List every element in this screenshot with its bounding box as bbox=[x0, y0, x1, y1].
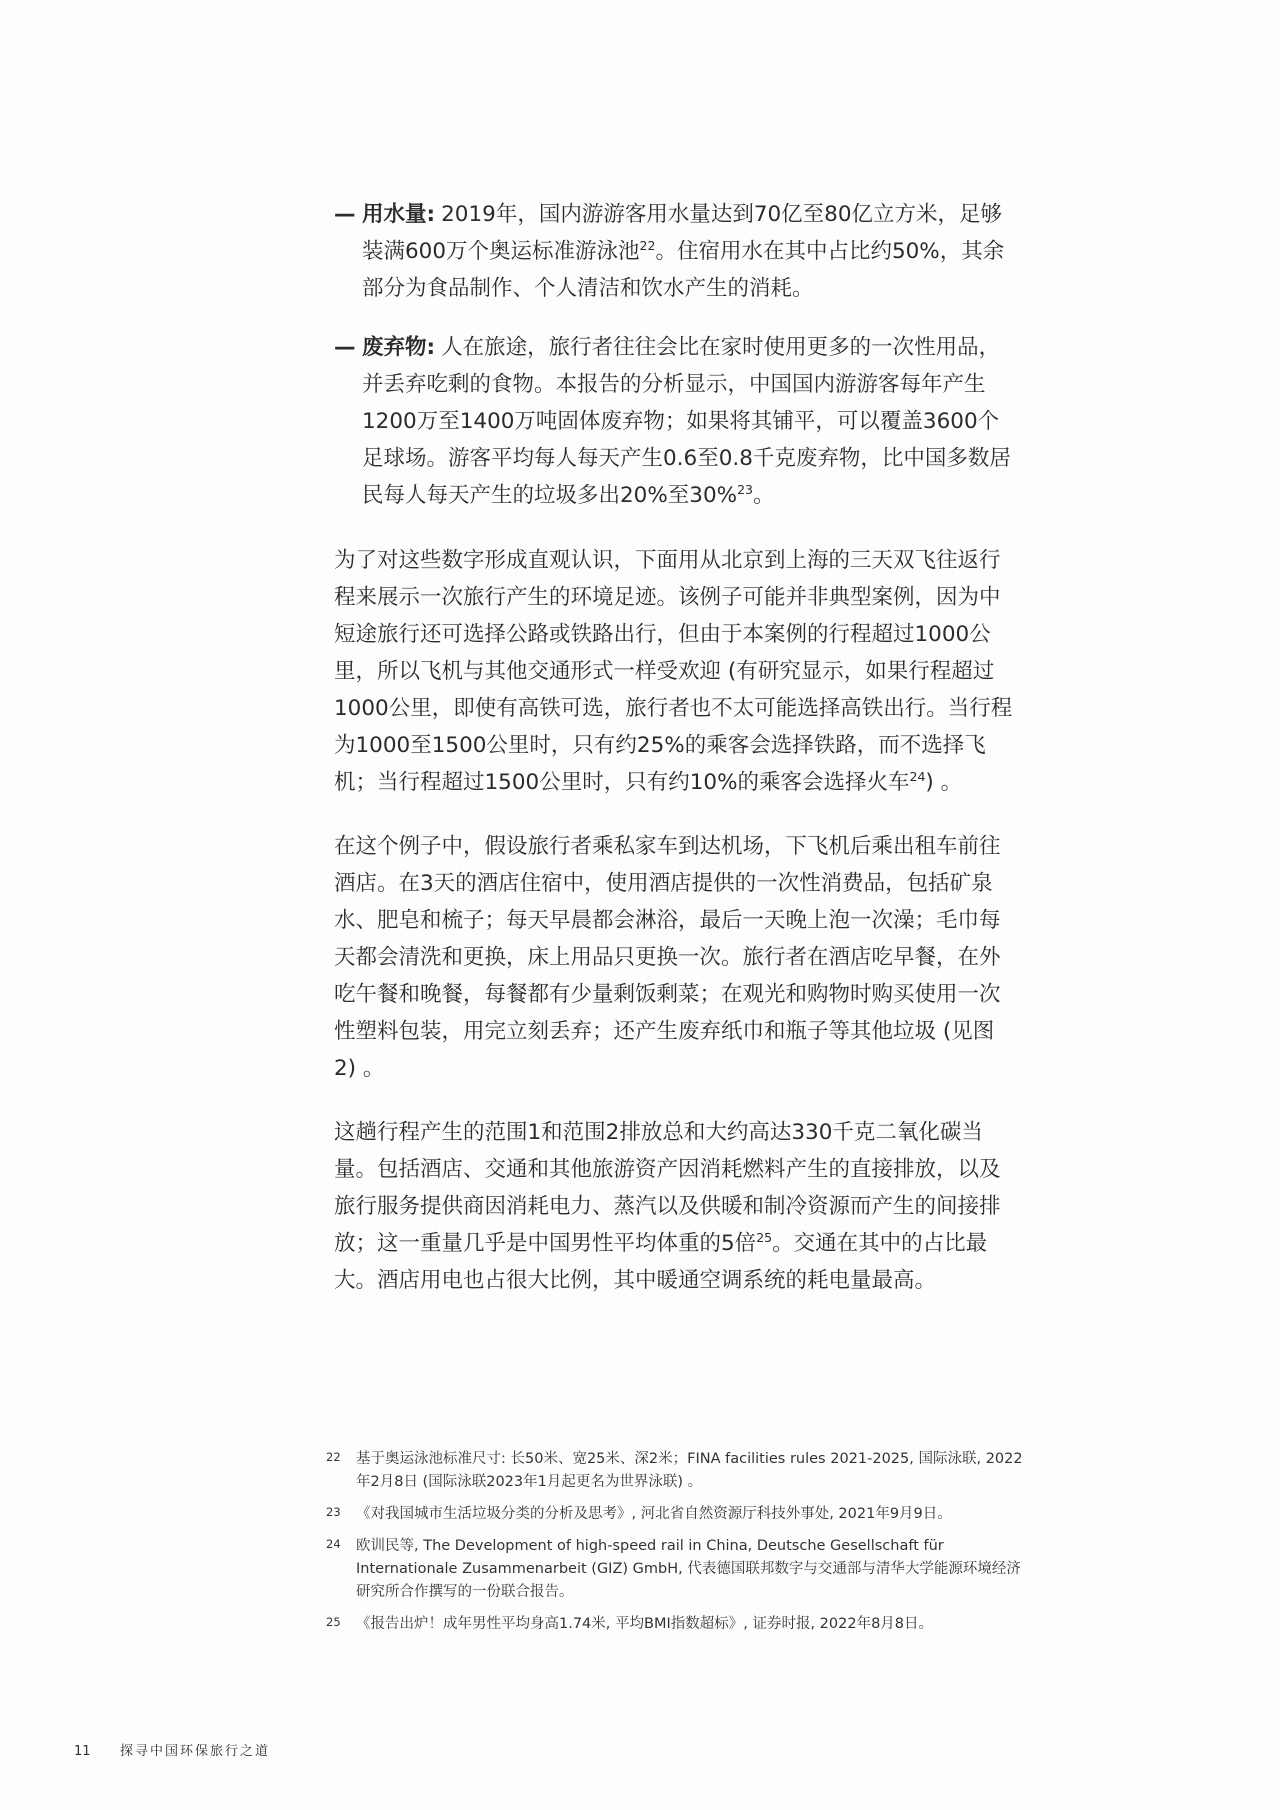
footnote: 25《报告出炉！成年男性平均身高1.74米, 平均BMI指数超标》, 证券时报,… bbox=[326, 1613, 1026, 1636]
footnote-ref: 25 bbox=[756, 1230, 772, 1245]
footnote-list: 22基于奥运泳池标准尺寸: 长50米、宽25米、深2米；FINA facilit… bbox=[326, 1448, 1026, 1645]
footer-doc-title: 探寻中国环保旅行之道 bbox=[120, 1740, 270, 1759]
bullet-list: —用水量:2019年，国内游游客用水量达到70亿至80亿立方米，足够装满600万… bbox=[334, 196, 1014, 514]
bullet-text: 废弃物:人在旅途，旅行者往往会比在家时使用更多的一次性用品，并丢弃吃剩的食物。本… bbox=[362, 329, 1014, 514]
footnote: 24欧训民等, The Development of high-speed ra… bbox=[326, 1535, 1026, 1604]
footnote-text: 《对我国城市生活垃圾分类的分析及思考》, 河北省自然资源厅科技外事处, 2021… bbox=[356, 1503, 1026, 1526]
report-page: —用水量:2019年，国内游游客用水量达到70亿至80亿立方米，足够装满600万… bbox=[0, 0, 1280, 1810]
bullet-dash-icon: — bbox=[334, 196, 362, 307]
footnote-number: 22 bbox=[326, 1446, 356, 1492]
bullet-text: 用水量:2019年，国内游游客用水量达到70亿至80亿立方米，足够装满600万个… bbox=[362, 196, 1014, 307]
bullet-item: —用水量:2019年，国内游游客用水量达到70亿至80亿立方米，足够装满600万… bbox=[334, 196, 1014, 307]
footnote-ref: 22 bbox=[640, 238, 656, 253]
bullet-term: 用水量: bbox=[362, 202, 435, 227]
footnote-number: 24 bbox=[326, 1533, 356, 1602]
paragraph-list: 为了对这些数字形成直观认识，下面用从北京到上海的三天双飞往返行程来展示一次旅行产… bbox=[334, 542, 1014, 1299]
footnote-ref: 24 bbox=[910, 769, 926, 784]
footnote-number: 25 bbox=[326, 1611, 356, 1634]
page-footer: 11 探寻中国环保旅行之道 bbox=[74, 1740, 270, 1759]
bullet-dash-icon: — bbox=[334, 329, 362, 514]
paragraph: 这趟行程产生的范围1和范围2排放总和大约高达330千克二氧化碳当量。包括酒店、交… bbox=[334, 1114, 1014, 1299]
footnote: 22基于奥运泳池标准尺寸: 长50米、宽25米、深2米；FINA facilit… bbox=[326, 1448, 1026, 1494]
paragraph: 为了对这些数字形成直观认识，下面用从北京到上海的三天双飞往返行程来展示一次旅行产… bbox=[334, 542, 1014, 801]
bullet-term: 废弃物: bbox=[362, 335, 435, 360]
footnote-text: 欧训民等, The Development of high-speed rail… bbox=[356, 1535, 1026, 1604]
bullet-item: —废弃物:人在旅途，旅行者往往会比在家时使用更多的一次性用品，并丢弃吃剩的食物。… bbox=[334, 329, 1014, 514]
content-column: —用水量:2019年，国内游游客用水量达到70亿至80亿立方米，足够装满600万… bbox=[334, 196, 1014, 1299]
footnote-text: 《报告出炉！成年男性平均身高1.74米, 平均BMI指数超标》, 证券时报, 2… bbox=[356, 1613, 1026, 1636]
paragraph: 在这个例子中，假设旅行者乘私家车到达机场，下飞机后乘出租车前往酒店。在3天的酒店… bbox=[334, 828, 1014, 1087]
footnote-ref: 23 bbox=[737, 482, 753, 497]
footnote-text: 基于奥运泳池标准尺寸: 长50米、宽25米、深2米；FINA facilitie… bbox=[356, 1448, 1026, 1494]
page-number: 11 bbox=[74, 1744, 120, 1759]
footnote: 23《对我国城市生活垃圾分类的分析及思考》, 河北省自然资源厅科技外事处, 20… bbox=[326, 1503, 1026, 1526]
footnote-number: 23 bbox=[326, 1501, 356, 1524]
